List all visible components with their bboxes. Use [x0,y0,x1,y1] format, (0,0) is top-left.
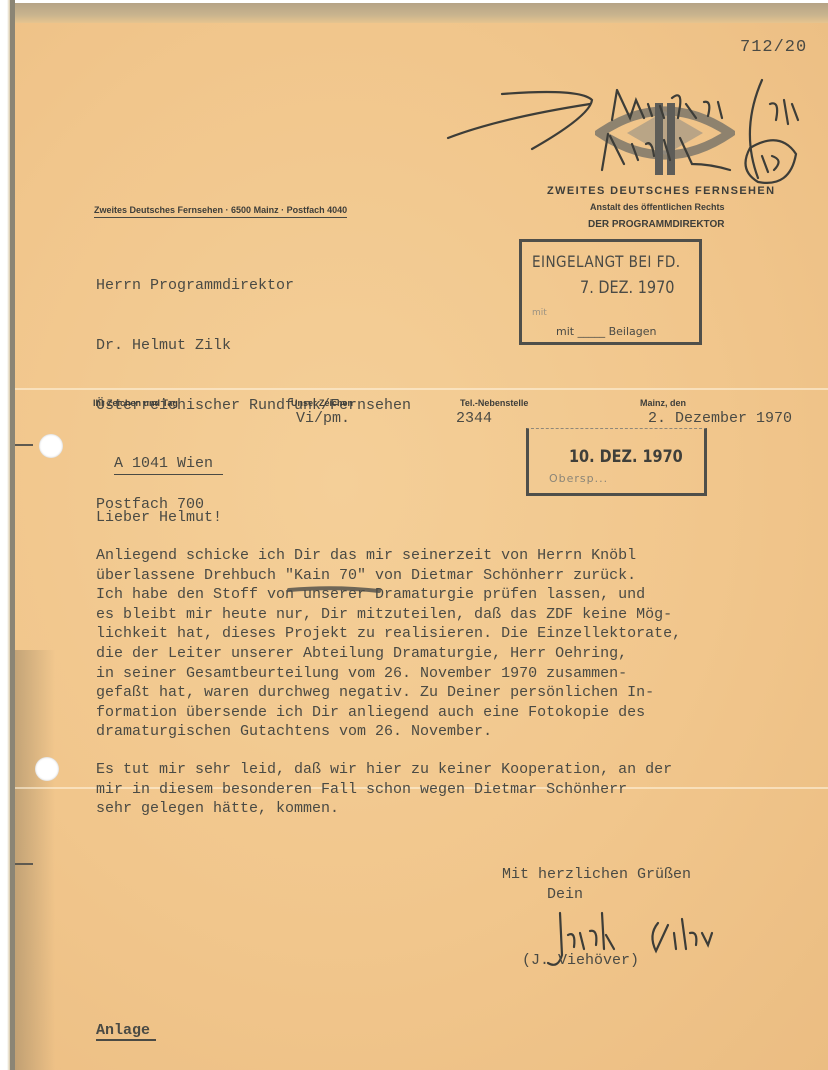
stamp-date: 10. DEZ. 1970 [569,447,683,467]
recipient-address: Herrn Programmdirektor Dr. Helmut Zilk Ö… [96,236,411,535]
recipient-city: A 1041 Wien [114,454,223,475]
letter-date: 2. Dezember 1970 [648,410,792,427]
department: DER PROGRAMMDIREKTOR [588,219,724,230]
stamp-heading: EINGELANGT BEI FD. [532,252,680,271]
scan-margin [0,0,10,1070]
closing: Mit herzlichen Grüßen Dein [502,865,691,905]
body-paragraph: Es tut mir sehr leid, daß wir hier zu ke… [96,760,672,819]
stamp-date: 7. DEZ. 1970 [580,278,675,298]
received-stamp: EINGELANGT BEI FD. 7. DEZ. 1970 mit mit … [519,239,702,345]
attachment-label: Anlage [96,1022,156,1041]
pen-underline [285,584,385,596]
signer-name: (J. Viehöver) [522,952,639,969]
ref-label-date: Mainz, den [640,398,686,408]
body-paragraph: Anliegend schicke ich Dir das mir seiner… [96,546,681,742]
sender-return-address: Zweites Deutsches Fernsehen · 6500 Mainz… [94,205,347,218]
stamp-faded-text: Obersp... [549,472,608,485]
legal-form: Anstalt des öffentlichen Rechts [590,202,725,212]
punch-hole [39,434,63,458]
handwritten-annotation [440,60,810,200]
paper-top-edge [15,3,828,23]
recipient-line: Herrn Programmdirektor [96,276,411,296]
punch-hole [35,757,59,781]
recipient-name: Dr. Helmut Zilk [96,336,411,356]
stamp-enclosures: mit _____ Beilagen [556,325,656,338]
stamp-faded-line: mit [532,308,547,318]
ref-label-your-ref: Ihr Zeichen und Tag [93,398,178,408]
organization-name: ZWEITES DEUTSCHES FERNSEHEN [547,185,776,197]
our-reference: Vi/pm. [296,410,350,427]
fold-mark [15,863,33,865]
phone-extension: 2344 [456,410,492,427]
file-number: 712/20 [740,38,807,57]
paper-shadow [15,650,55,1070]
ref-label-extension: Tel.-Nebenstelle [460,398,528,408]
salutation: Lieber Helmut! [96,509,222,526]
second-date-stamp: 10. DEZ. 1970 Obersp... [526,428,707,496]
ref-label-our-ref: Unser Zeichen [291,398,353,408]
fold-mark [15,444,33,446]
